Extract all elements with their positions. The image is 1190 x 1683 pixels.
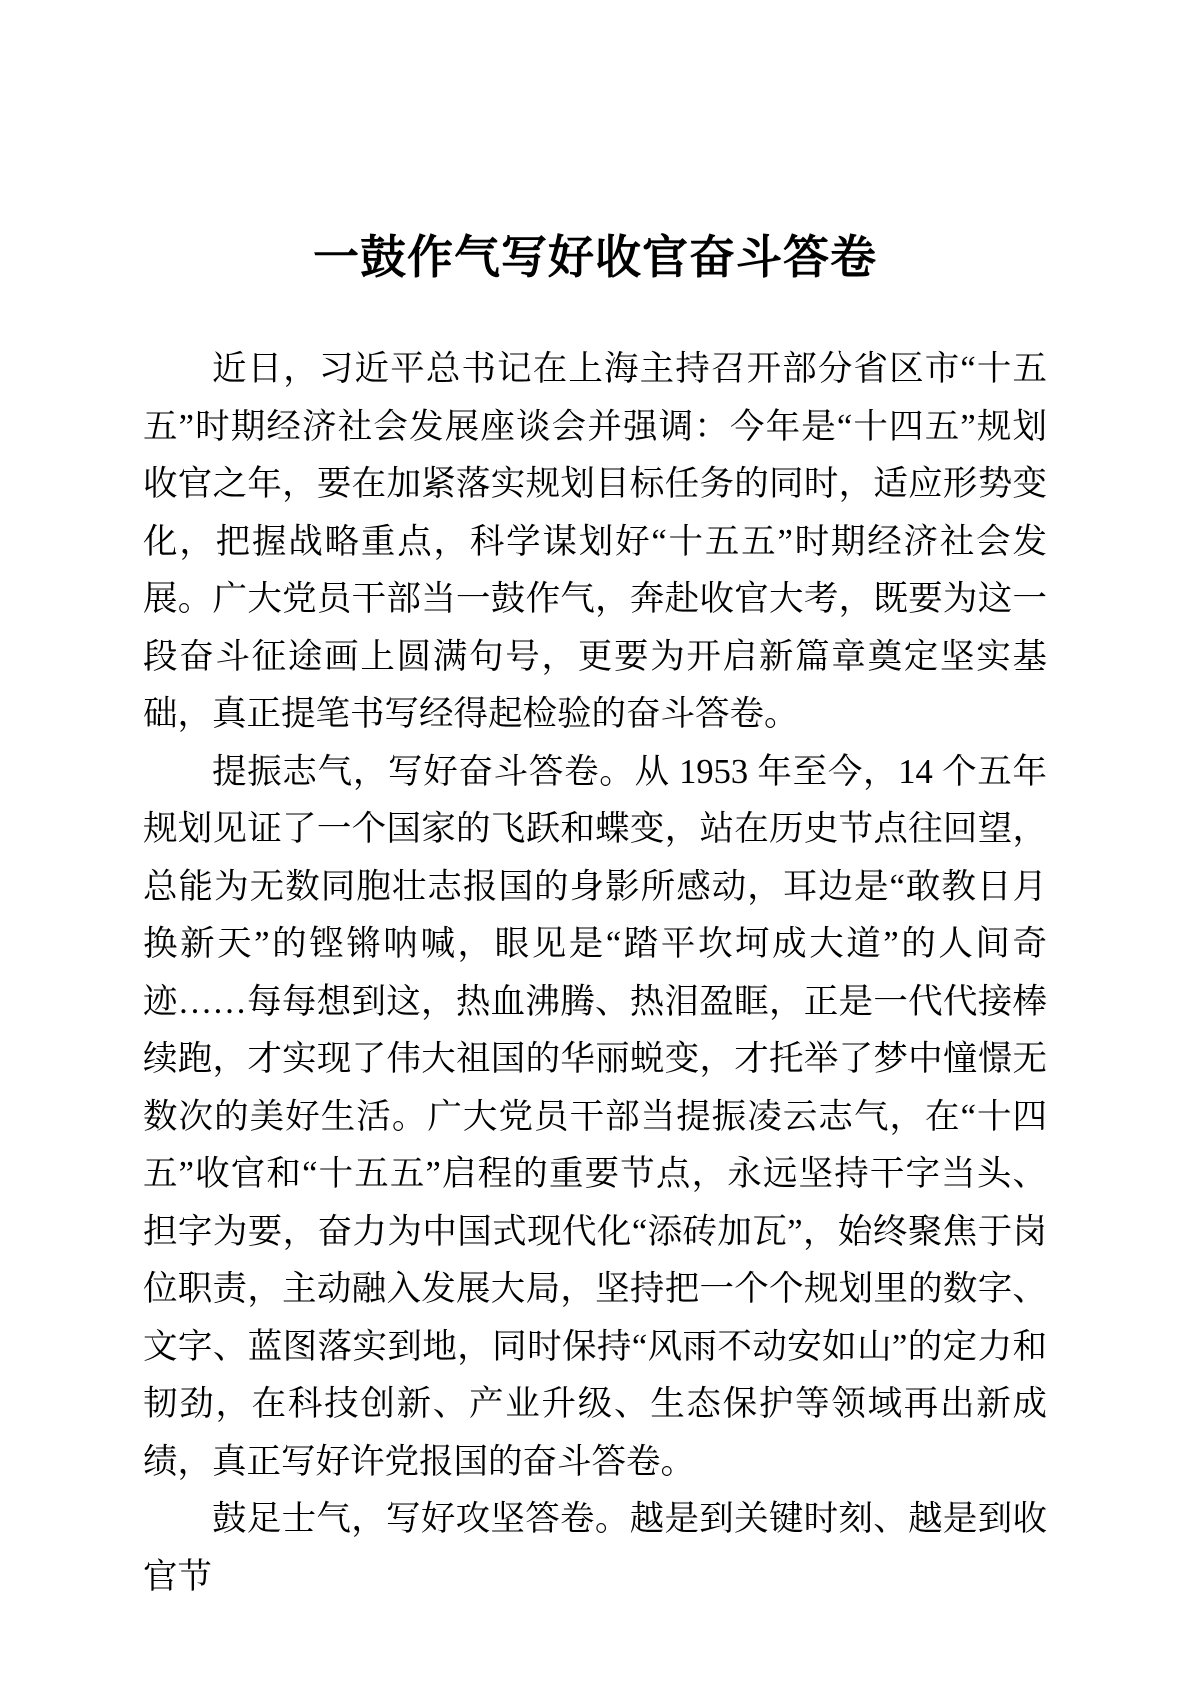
document-body: 近日，习近平总书记在上海主持召开部分省区市“十五五”时期经济社会发展座谈会并强调…: [143, 341, 1047, 1606]
paragraph-3: 鼓足士气，写好攻坚答卷。越是到关键时刻、越是到收官节: [143, 1491, 1047, 1606]
paragraph-2: 提振志气，写好奋斗答卷。从 1953 年至今，14 个五年规划见证了一个国家的飞…: [143, 744, 1047, 1492]
document-title: 一鼓作气写好收官奋斗答卷: [143, 0, 1047, 285]
paragraph-1: 近日，习近平总书记在上海主持召开部分省区市“十五五”时期经济社会发展座谈会并强调…: [143, 341, 1047, 744]
document-page: 一鼓作气写好收官奋斗答卷 近日，习近平总书记在上海主持召开部分省区市“十五五”时…: [0, 0, 1190, 1683]
